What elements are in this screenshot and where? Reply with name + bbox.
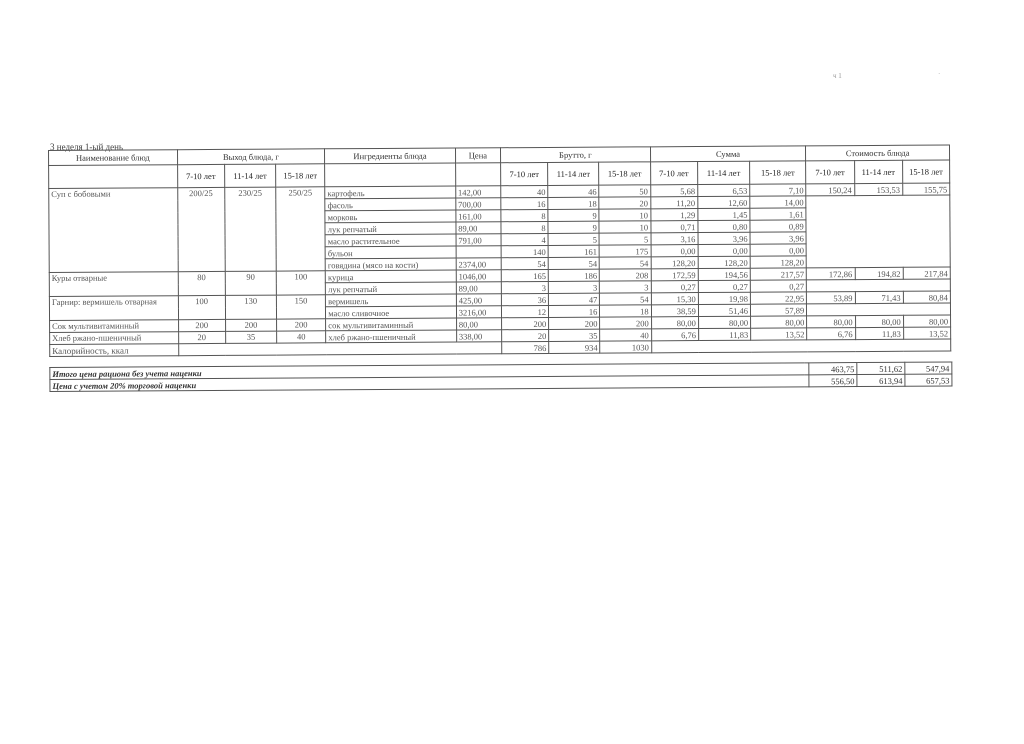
dish-cost: 172,86 bbox=[807, 268, 855, 280]
ingredient-name: курица bbox=[325, 270, 456, 283]
ingredient-sum: 0,71 bbox=[651, 221, 698, 233]
ingredient-gross: 54 bbox=[600, 257, 651, 269]
ingredient-gross: 4 bbox=[501, 233, 548, 245]
header-age: 7-10 лет bbox=[806, 161, 854, 184]
page-corner-dot: · bbox=[938, 70, 940, 78]
ingredient-gross: 9 bbox=[548, 221, 599, 233]
header-age: 15-18 лет bbox=[902, 160, 949, 183]
ingredient-price: 1046,00 bbox=[456, 270, 501, 282]
ingredient-name: хлеб ржано-пшеничный bbox=[326, 330, 457, 343]
ingredient-gross: 54 bbox=[501, 257, 548, 269]
total-no-markup-value: 511,62 bbox=[857, 362, 905, 374]
ingredient-gross: 12 bbox=[501, 305, 548, 317]
header-age: 7-10 лет bbox=[650, 162, 697, 185]
dish-cost: 80,00 bbox=[903, 315, 950, 327]
ingredient-sum: 57,89 bbox=[751, 304, 807, 316]
header-age: 15-18 лет bbox=[599, 162, 650, 185]
dish-cost: 150,24 bbox=[806, 184, 854, 196]
ingredient-gross: 200 bbox=[549, 317, 600, 329]
header-portion: Выход блюда, г bbox=[177, 149, 325, 165]
ingredient-gross: 161 bbox=[548, 245, 599, 257]
total-with-markup-value: 657,53 bbox=[905, 374, 952, 386]
dish-cost: 80,00 bbox=[807, 316, 855, 328]
dish-cost-blank bbox=[806, 195, 950, 268]
ingredient-sum: 80,00 bbox=[751, 316, 807, 328]
dish-name: Хлеб ржано-пшеничный bbox=[50, 332, 179, 345]
dish-portion: 130 bbox=[225, 295, 276, 319]
header-dish-name: Наименование блюд bbox=[49, 150, 178, 166]
ingredient-name: сок мультивитаминный bbox=[326, 318, 457, 331]
ingredient-gross: 5 bbox=[548, 233, 599, 245]
gross-total: 786 bbox=[502, 341, 549, 353]
dish-portion: 80 bbox=[178, 271, 225, 295]
ingredient-sum: 3,96 bbox=[750, 232, 806, 244]
ingredient-sum: 80,00 bbox=[698, 316, 750, 328]
dish-cost: 155,75 bbox=[902, 183, 949, 195]
ingredient-price: 3216,00 bbox=[456, 306, 501, 318]
menu-table: Наименование блюд Выход блюда, г Ингреди… bbox=[48, 144, 951, 357]
ingredient-gross: 16 bbox=[549, 305, 600, 317]
dish-portion: 200 bbox=[225, 319, 276, 331]
page-corner-mark: ч 1 bbox=[833, 72, 842, 80]
dish-portion: 200/25 bbox=[177, 187, 225, 271]
ingredient-name: лук репчатый bbox=[325, 222, 456, 235]
ingredient-sum: 172,59 bbox=[651, 269, 698, 281]
ingredient-sum: 128,20 bbox=[651, 257, 698, 269]
ingredient-price: 338,00 bbox=[456, 330, 501, 342]
dish-portion: 100 bbox=[276, 271, 325, 295]
ingredient-sum: 38,59 bbox=[651, 305, 698, 317]
ingredient-sum: 6,53 bbox=[698, 184, 750, 196]
ingredient-name: лук репчатый bbox=[326, 282, 457, 295]
header-gross: Брутто, г bbox=[500, 147, 650, 163]
calories-value bbox=[178, 342, 501, 356]
header-age: 11-14 лет bbox=[224, 164, 275, 187]
ingredient-name: морковь bbox=[325, 210, 456, 223]
ingredient-sum: 0,80 bbox=[698, 220, 750, 232]
ingredient-name: картофель bbox=[325, 186, 456, 199]
ingredient-sum: 19,98 bbox=[698, 292, 750, 304]
ingredient-price: 2374,00 bbox=[456, 258, 501, 270]
dish-cost: 217,84 bbox=[903, 267, 950, 279]
ingredient-sum: 1,61 bbox=[750, 208, 806, 220]
ingredient-sum: 15,30 bbox=[651, 293, 698, 305]
gross-total: 1030 bbox=[600, 341, 651, 353]
ingredient-name: говядина (мясо на кости) bbox=[325, 258, 456, 271]
header-sum: Сумма bbox=[650, 146, 806, 162]
dish-portion: 150 bbox=[276, 295, 325, 319]
ingredient-sum: 7,10 bbox=[750, 184, 806, 196]
dish-portion: 200 bbox=[178, 319, 225, 331]
total-no-markup-value: 463,75 bbox=[809, 363, 857, 375]
ingredient-sum: 13,52 bbox=[751, 328, 807, 340]
ingredient-gross: 20 bbox=[502, 329, 549, 341]
calories-label: Калорийность, ккал bbox=[50, 344, 179, 357]
header-dish-cost: Стоимость блюда bbox=[806, 145, 950, 161]
dish-portion: 20 bbox=[178, 331, 225, 343]
ingredient-sum: 0,27 bbox=[651, 281, 698, 293]
ingredient-price: 700,00 bbox=[456, 198, 501, 210]
ingredient-sum: 217,57 bbox=[750, 268, 806, 280]
ingredient-gross: 200 bbox=[501, 317, 548, 329]
ingredient-sum: 80,00 bbox=[651, 317, 698, 329]
header-age: 11-14 лет bbox=[854, 160, 902, 183]
dish-cost: 153,53 bbox=[854, 183, 902, 195]
ingredient-gross: 8 bbox=[501, 221, 548, 233]
header-blank bbox=[49, 165, 178, 189]
ingredient-name: вермишель bbox=[326, 294, 457, 307]
header-price: Цена bbox=[455, 148, 500, 163]
ingredient-gross: 186 bbox=[548, 269, 599, 281]
ingredient-gross: 9 bbox=[548, 209, 599, 221]
dish-cost: 13,52 bbox=[903, 327, 950, 339]
ingredient-price: 89,00 bbox=[456, 222, 501, 234]
ingredient-gross: 175 bbox=[599, 245, 650, 257]
dish-cost-blank bbox=[807, 279, 951, 292]
dish-cost: 80,84 bbox=[903, 291, 950, 303]
dish-portion: 90 bbox=[225, 271, 276, 295]
total-with-markup-value: 556,50 bbox=[809, 375, 857, 387]
ingredient-gross: 18 bbox=[600, 305, 651, 317]
ingredient-gross: 140 bbox=[501, 245, 548, 257]
ingredient-name: масло сливочное bbox=[326, 306, 457, 319]
ingredient-sum: 11,20 bbox=[650, 197, 697, 209]
header-blank bbox=[455, 163, 500, 186]
ingredient-gross: 3 bbox=[501, 281, 548, 293]
ingredient-gross: 16 bbox=[501, 197, 548, 209]
gross-total: 934 bbox=[549, 341, 600, 353]
ingredient-price: 161,00 bbox=[456, 210, 501, 222]
ingredient-price bbox=[456, 246, 501, 258]
ingredient-sum: 6,76 bbox=[651, 329, 698, 341]
ingredient-sum: 1,29 bbox=[650, 209, 697, 221]
ingredient-sum: 128,20 bbox=[750, 256, 806, 268]
ingredient-sum: 22,95 bbox=[750, 292, 806, 304]
header-age: 11-14 лет bbox=[548, 162, 599, 185]
dish-cost: 71,43 bbox=[855, 291, 903, 303]
total-with-markup-value: 613,94 bbox=[857, 374, 905, 386]
ingredient-price: 142,00 bbox=[455, 186, 500, 198]
ingredient-gross: 36 bbox=[501, 293, 548, 305]
header-age: 7-10 лет bbox=[501, 162, 548, 185]
ingredient-gross: 40 bbox=[600, 329, 651, 341]
ingredient-name: масло растительное bbox=[325, 234, 456, 247]
header-age: 15-18 лет bbox=[276, 164, 325, 187]
ingredient-sum: 0,00 bbox=[651, 245, 698, 257]
dish-name: Сок мультивитаминный bbox=[50, 320, 179, 333]
menu-sheet: Наименование блюд Выход блюда, г Ингреди… bbox=[48, 144, 951, 392]
ingredient-gross: 54 bbox=[548, 257, 599, 269]
ingredient-gross: 165 bbox=[501, 269, 548, 281]
ingredient-name: фасоль bbox=[325, 198, 456, 211]
ingredient-sum: 128,20 bbox=[698, 256, 750, 268]
ingredient-gross: 40 bbox=[501, 185, 548, 197]
header-blank bbox=[325, 163, 456, 187]
dish-cost: 80,00 bbox=[855, 315, 903, 327]
ingredient-gross: 10 bbox=[599, 209, 650, 221]
ingredient-gross: 46 bbox=[548, 185, 599, 197]
ingredient-gross: 208 bbox=[600, 269, 651, 281]
ingredient-gross: 3 bbox=[600, 281, 651, 293]
dish-name: Суп с бобовыми bbox=[49, 188, 178, 273]
total-no-markup-value: 547,94 bbox=[905, 362, 952, 374]
dish-portion: 40 bbox=[277, 331, 326, 343]
totals-table: Итого цена рациона без учета наценки 463… bbox=[49, 361, 952, 392]
header-ingredients: Ингредиенты блюда bbox=[325, 148, 456, 164]
ingredient-sum: 1,45 bbox=[698, 208, 750, 220]
dish-portion: 100 bbox=[178, 295, 225, 319]
ingredient-sum: 0,00 bbox=[698, 244, 750, 256]
ingredient-gross: 47 bbox=[549, 293, 600, 305]
dish-name: Гарнир: вермишель отварная bbox=[49, 296, 178, 321]
ingredient-sum: 194,56 bbox=[698, 268, 750, 280]
header-age: 11-14 лет bbox=[697, 161, 749, 184]
ingredient-price: 791,00 bbox=[456, 234, 501, 246]
ingredient-sum: 5,68 bbox=[650, 185, 697, 197]
ingredient-gross: 10 bbox=[599, 221, 650, 233]
dish-cost: 194,82 bbox=[855, 267, 903, 279]
ingredient-sum: 12,60 bbox=[698, 196, 750, 208]
dish-portion: 230/25 bbox=[224, 187, 276, 271]
dish-portion: 250/25 bbox=[276, 187, 326, 271]
ingredient-gross: 18 bbox=[548, 197, 599, 209]
ingredient-price: 425,00 bbox=[456, 294, 501, 306]
ingredient-sum: 51,46 bbox=[698, 304, 750, 316]
ingredient-price: 80,00 bbox=[456, 318, 501, 330]
ingredient-sum: 0,27 bbox=[750, 280, 806, 292]
ingredient-sum: 3,16 bbox=[651, 233, 698, 245]
ingredient-sum: 0,89 bbox=[750, 220, 806, 232]
ingredient-gross: 3 bbox=[548, 281, 599, 293]
dish-cost: 6,76 bbox=[807, 328, 855, 340]
dish-cost-blank bbox=[807, 303, 951, 316]
blank-cell bbox=[651, 339, 950, 353]
ingredient-sum: 11,83 bbox=[698, 328, 750, 340]
header-age: 15-18 лет bbox=[750, 161, 806, 184]
ingredient-gross: 20 bbox=[599, 197, 650, 209]
dish-portion: 35 bbox=[225, 331, 276, 343]
ingredient-gross: 54 bbox=[600, 293, 651, 305]
header-age: 7-10 лет bbox=[177, 164, 224, 187]
ingredient-sum: 3,96 bbox=[698, 232, 750, 244]
menu-body: Суп с бобовыми200/25230/25250/25картофел… bbox=[49, 183, 951, 357]
dish-name: Куры отварные bbox=[49, 272, 178, 297]
dish-cost: 53,89 bbox=[807, 292, 855, 304]
dish-cost: 11,83 bbox=[855, 327, 903, 339]
ingredient-price: 89,00 bbox=[456, 282, 501, 294]
ingredient-sum: 0,27 bbox=[698, 280, 750, 292]
ingredient-gross: 8 bbox=[501, 209, 548, 221]
ingredient-sum: 14,00 bbox=[750, 196, 806, 208]
ingredient-name: бульон bbox=[325, 246, 456, 259]
ingredient-gross: 5 bbox=[599, 233, 650, 245]
ingredient-gross: 50 bbox=[599, 185, 650, 197]
ingredient-gross: 35 bbox=[549, 329, 600, 341]
ingredient-sum: 0,00 bbox=[750, 244, 806, 256]
dish-portion: 200 bbox=[277, 319, 326, 331]
ingredient-gross: 200 bbox=[600, 317, 651, 329]
